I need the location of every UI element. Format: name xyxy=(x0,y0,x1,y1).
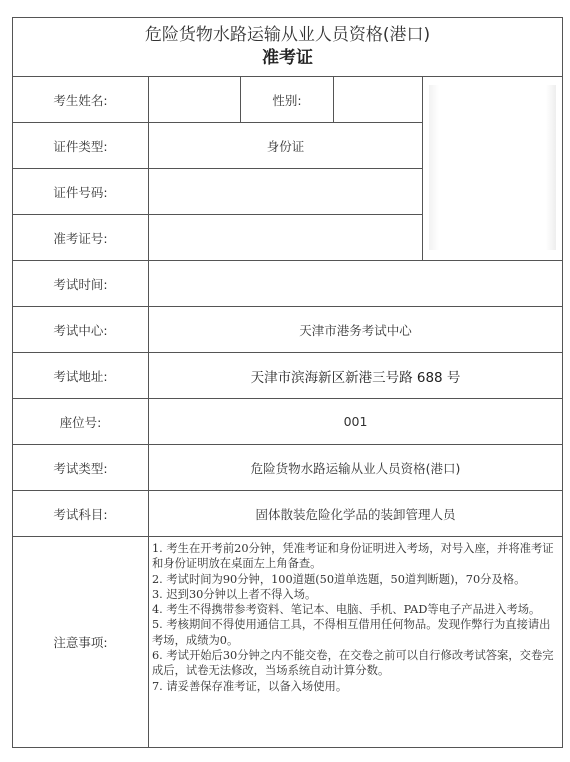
notes-item: 4. 考生不得携带参考资料、笔记本、电脑、手机、PAD等电子产品进入考场。 xyxy=(152,602,556,617)
exam-time-label: 考试时间: xyxy=(13,261,149,307)
notes-item: 1. 考生在开考前20分钟，凭准考证和身份证明进入考场，对号入座，并将准考证和身… xyxy=(152,541,556,572)
admission-ticket-table: 危险货物水路运输从业人员资格(港口) 准考证 考生姓名: 性别: 证件类型: 身… xyxy=(12,17,563,748)
exam-address-label: 考试地址: xyxy=(13,353,149,399)
exam-type-value: 危险货物水路运输从业人员资格(港口) xyxy=(149,445,563,491)
seat-number-value: 001 xyxy=(149,399,563,445)
notes-item: 6. 考试开始后30分钟之内不能交卷，在交卷之前可以自行修改考试答案，交卷完成后… xyxy=(152,648,556,679)
exam-subject-value: 固体散装危险化学品的装卸管理人员 xyxy=(149,491,563,537)
name-value xyxy=(149,77,241,123)
photo-box xyxy=(423,77,563,261)
notes-item: 7. 请妥善保存准考证，以备入场使用。 xyxy=(152,679,556,694)
ticket-header: 危险货物水路运输从业人员资格(港口) 准考证 xyxy=(13,18,563,77)
seat-number-label: 座位号: xyxy=(13,399,149,445)
exam-time-value xyxy=(149,261,563,307)
notes-item: 5. 考核期间不得使用通信工具，不得相互借用任何物品。发现作弊行为直接请出考场，… xyxy=(152,617,556,648)
notes-item: 2. 考试时间为90分钟，100道题(50道单选题，50道判断题)，70分及格。 xyxy=(152,572,556,587)
admission-ticket: 危险货物水路运输从业人员资格(港口) 准考证 考生姓名: 性别: 证件类型: 身… xyxy=(12,17,562,748)
admission-number-value xyxy=(149,215,423,261)
gender-value xyxy=(334,77,423,123)
admission-number-label: 准考证号: xyxy=(13,215,149,261)
notes-item: 3. 迟到30分钟以上者不得入场。 xyxy=(152,587,556,602)
id-type-value: 身份证 xyxy=(149,123,423,169)
exam-center-value: 天津市港务考试中心 xyxy=(149,307,563,353)
ticket-subtitle: 准考证 xyxy=(13,47,562,70)
ticket-title: 危险货物水路运输从业人员资格(港口) xyxy=(13,24,562,47)
exam-type-label: 考试类型: xyxy=(13,445,149,491)
exam-center-label: 考试中心: xyxy=(13,307,149,353)
id-number-value xyxy=(149,169,423,215)
exam-subject-label: 考试科目: xyxy=(13,491,149,537)
id-number-label: 证件号码: xyxy=(13,169,149,215)
gender-label: 性别: xyxy=(241,77,334,123)
id-type-label: 证件类型: xyxy=(13,123,149,169)
notes-label: 注意事项: xyxy=(13,537,149,748)
name-label: 考生姓名: xyxy=(13,77,149,123)
photo-placeholder xyxy=(429,85,556,250)
notes-list: 1. 考生在开考前20分钟，凭准考证和身份证明进入考场，对号入座，并将准考证和身… xyxy=(149,537,563,748)
exam-address-value: 天津市滨海新区新港三号路 688 号 xyxy=(149,353,563,399)
